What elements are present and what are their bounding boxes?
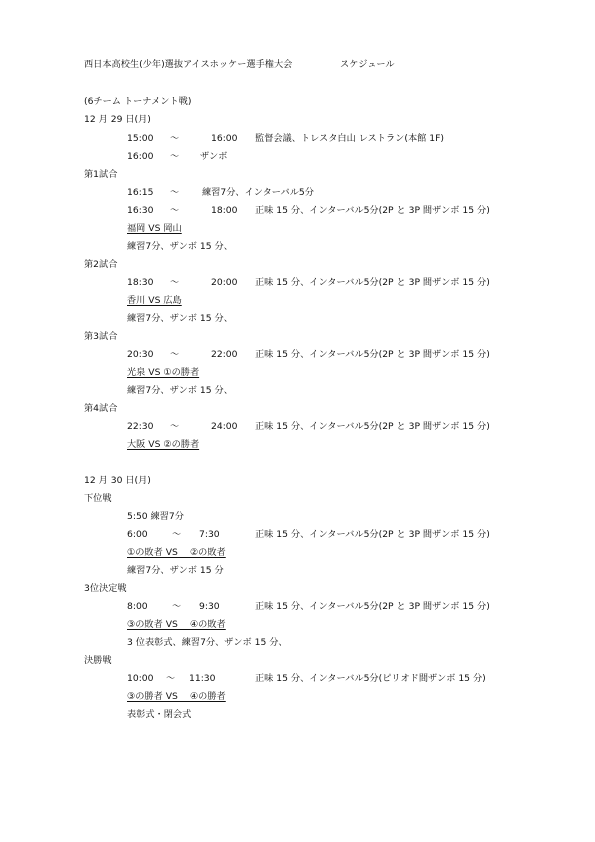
tilde: ～ [170, 133, 179, 145]
tilde: ～ [166, 673, 175, 685]
final-end: 11:30 [189, 673, 215, 685]
game4-matchup: 大阪 VS ②の勝者 [127, 439, 199, 451]
game2-after: 練習7分、ザンボ 15 分、 [127, 313, 233, 325]
game1-desc: 正味 15 分、インターバル5分(2P と 3P 間ザンボ 15 分) [255, 205, 490, 217]
tilde: ～ [170, 349, 179, 361]
third-label: 3位決定戦 [84, 583, 127, 595]
final-matchup: ③の勝者 VS ④の勝者 [127, 691, 226, 703]
tilde: ～ [172, 601, 181, 613]
third-after: 3 位表彰式、練習7分、ザンボ 15 分、 [127, 637, 288, 649]
game1-matchup: 福岡 VS 岡山 [127, 223, 182, 235]
game3-matchup: 光泉 VS ①の勝者 [127, 367, 199, 379]
game1-after: 練習7分、ザンボ 15 分、 [127, 241, 233, 253]
third-end: 9:30 [199, 601, 220, 613]
lower-label: 下位戦 [84, 493, 112, 505]
document-title-suffix: スケジュール [340, 59, 395, 71]
tilde: ～ [170, 187, 179, 199]
meeting-start: 15:00 [127, 133, 153, 145]
game3-desc: 正味 15 分、インターバル5分(2P と 3P 間ザンボ 15 分) [255, 349, 490, 361]
game4-end: 24:00 [211, 421, 237, 433]
zamboni-desc: ザンボ [200, 151, 227, 163]
third-start: 8:00 [127, 601, 148, 613]
tilde: ～ [170, 421, 179, 433]
game2-desc: 正味 15 分、インターバル5分(2P と 3P 間ザンボ 15 分) [255, 277, 490, 289]
tilde: ～ [170, 277, 179, 289]
game3-after: 練習7分、ザンボ 15 分、 [127, 385, 233, 397]
game4-desc: 正味 15 分、インターバル5分(2P と 3P 間ザンボ 15 分) [255, 421, 490, 433]
game1-end: 18:00 [211, 205, 237, 217]
tilde: ～ [172, 529, 181, 541]
final-desc: 正味 15 分、インターバル5分(ピリオド間ザンボ 15 分) [255, 673, 486, 685]
zamboni-start: 16:00 [127, 151, 153, 163]
third-matchup: ③の敗者 VS ④の敗者 [127, 619, 226, 631]
tournament-format: (6チーム トーナメント戦) [84, 96, 191, 108]
game4-start: 22:30 [127, 421, 153, 433]
tilde: ～ [170, 151, 179, 163]
third-desc: 正味 15 分、インターバル5分(2P と 3P 間ザンボ 15 分) [255, 601, 490, 613]
game3-label: 第3試合 [84, 331, 117, 343]
lower-after: 練習7分、ザンボ 15 分 [127, 565, 224, 577]
game2-start: 18:30 [127, 277, 153, 289]
final-after: 表彰式・閉会式 [127, 709, 191, 721]
lower-matchup: ①の敗者 VS ②の敗者 [127, 547, 226, 559]
game2-label: 第2試合 [84, 259, 117, 271]
meeting-desc: 監督会議、トレスタ白山 レストラン(本館 1F) [255, 133, 444, 145]
game1-label: 第1試合 [84, 169, 117, 181]
game4-label: 第4試合 [84, 403, 117, 415]
lower-end: 7:30 [199, 529, 220, 541]
final-label: 決勝戦 [84, 655, 112, 667]
lower-start: 6:00 [127, 529, 148, 541]
meeting-end: 16:00 [211, 133, 237, 145]
lower-desc: 正味 15 分、インターバル5分(2P と 3P 間ザンボ 15 分) [255, 529, 490, 541]
game2-end: 20:00 [211, 277, 237, 289]
game3-end: 22:00 [211, 349, 237, 361]
game1-start: 16:30 [127, 205, 153, 217]
game1-warmup-start: 16:15 [127, 187, 153, 199]
game1-warmup-desc: 練習7分、インターバル5分 [202, 187, 314, 199]
lower-warmup: 5:50 練習7分 [127, 511, 184, 523]
document-title: 西日本高校生(少年)選抜アイスホッケー選手権大会 [84, 59, 292, 71]
day1-date: 12 月 29 日(月) [84, 114, 151, 126]
game3-start: 20:30 [127, 349, 153, 361]
day2-date: 12 月 30 日(月) [84, 475, 151, 487]
game2-matchup: 香川 VS 広島 [127, 295, 182, 307]
final-start: 10:00 [127, 673, 153, 685]
tilde: ～ [170, 205, 179, 217]
